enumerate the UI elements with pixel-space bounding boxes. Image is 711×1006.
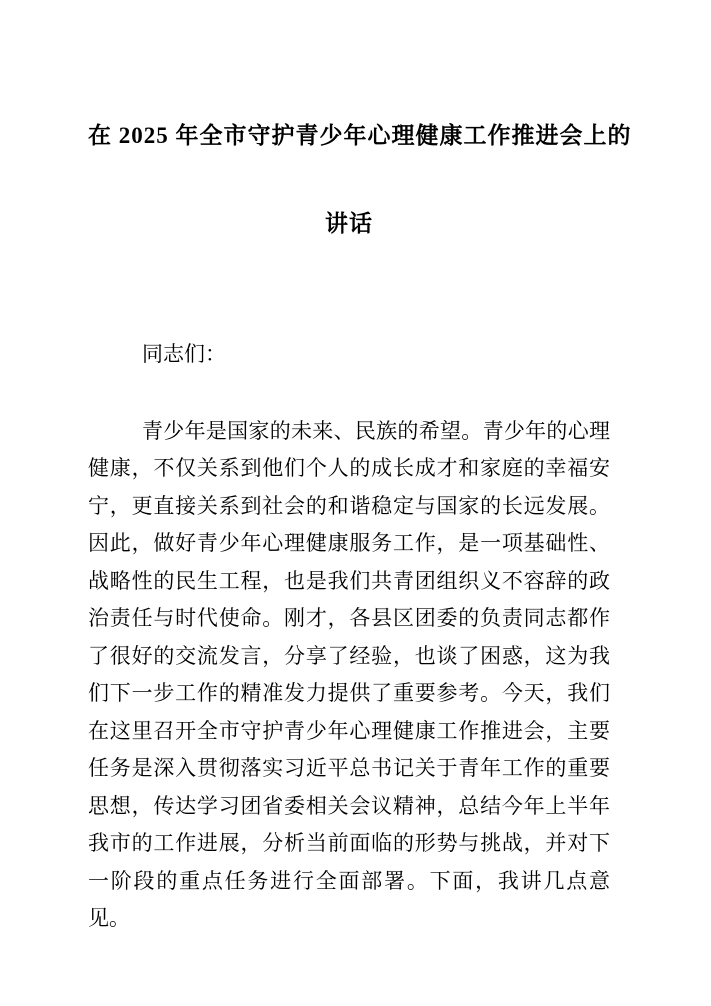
document-title-line-1: 在 2025 年全市守护青少年心理健康工作推进会上的	[88, 92, 610, 180]
document-title-line-2: 讲话	[88, 180, 610, 268]
body-paragraph: 青少年是国家的未来、民族的希望。青少年的心理健康，不仅关系到他们个人的成长成才和…	[88, 413, 610, 938]
salutation: 同志们：	[88, 336, 610, 374]
document-page: 在 2025 年全市守护青少年心理健康工作推进会上的 讲话 同志们： 青少年是国…	[0, 0, 711, 1006]
document-title: 在 2025 年全市守护青少年心理健康工作推进会上的 讲话	[88, 92, 610, 268]
